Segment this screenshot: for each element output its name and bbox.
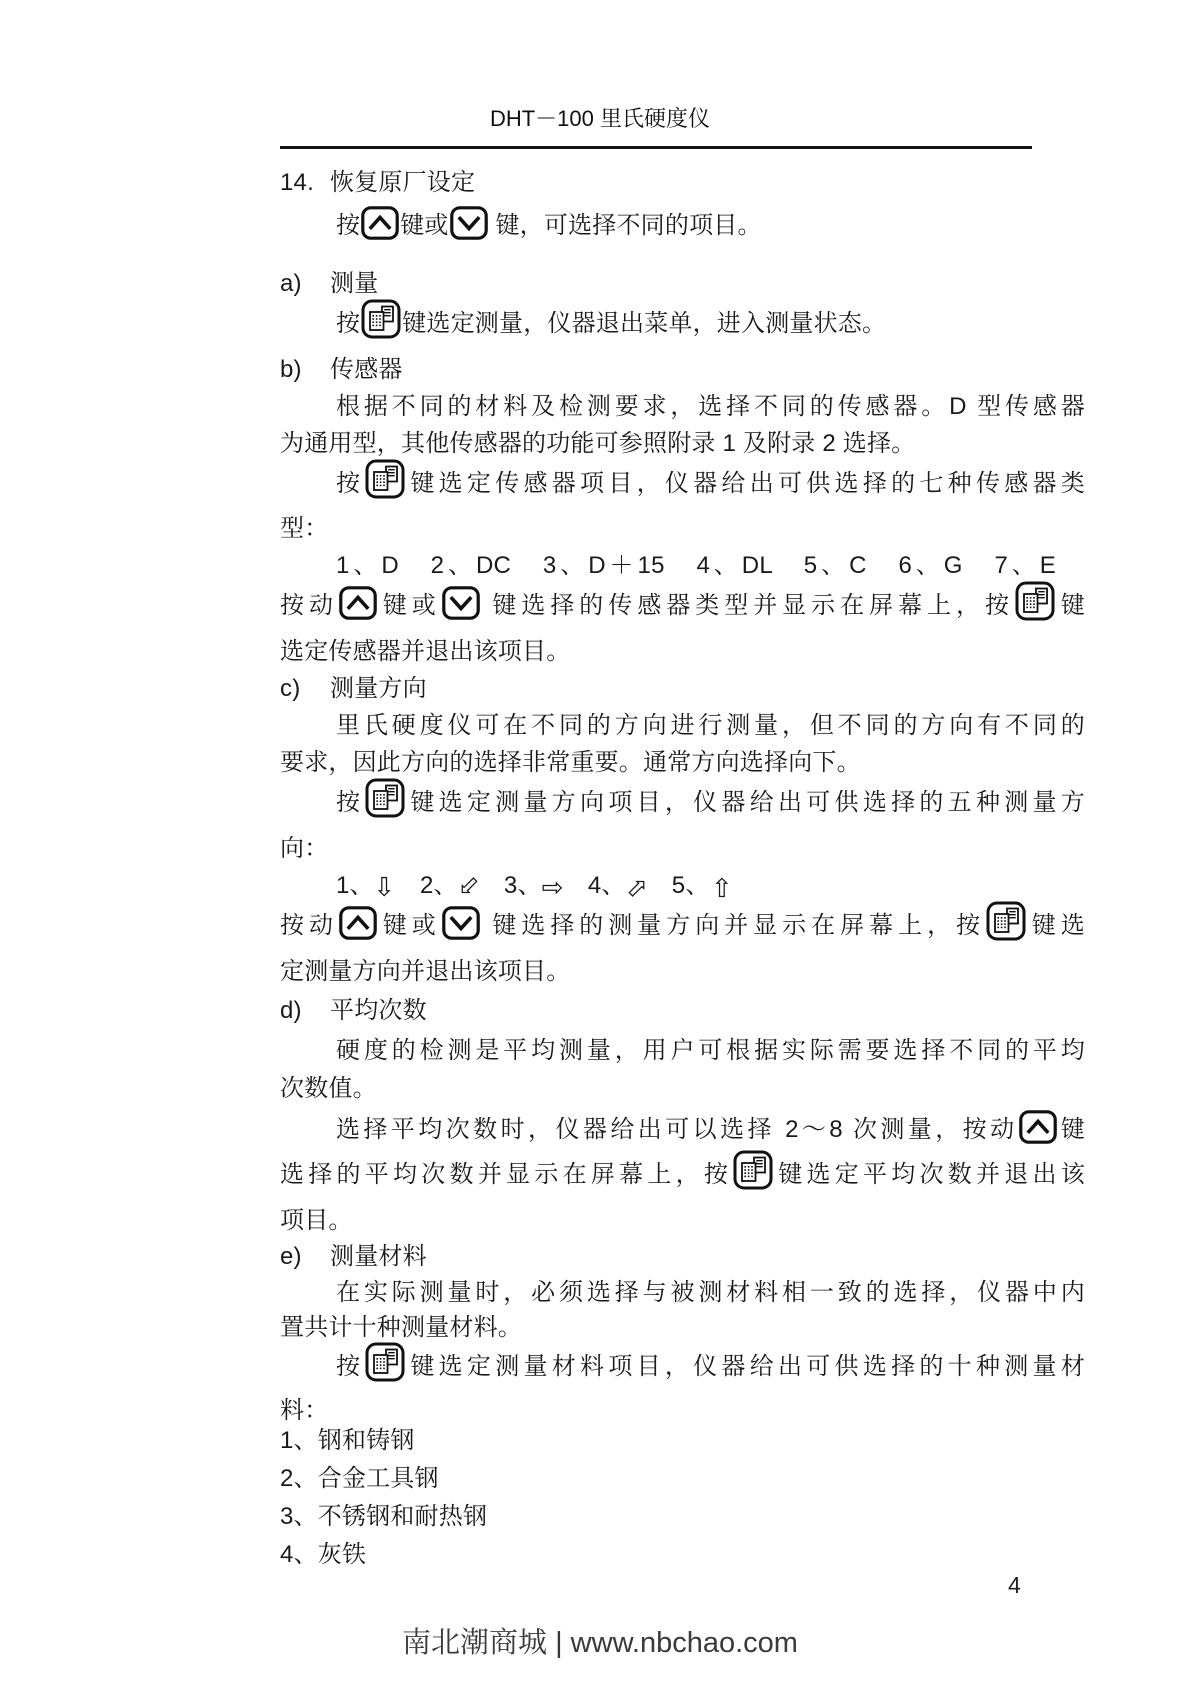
menu-key-icon — [365, 1342, 405, 1382]
text-segment: 选择平均次数时，仪器给出可以选择 2～8 次测量，按动 — [336, 1116, 1018, 1143]
text-line: 按 键选定测量方向项目，仪器给出可供选择的五种测量方 — [336, 778, 1085, 820]
text-line: e)测量材料 — [280, 1240, 427, 1274]
text-segment: 恢复原厂设定 — [330, 169, 475, 196]
text-segment: 1、D 2、DC 3、D＋15 4、DL 5、C 6、G 7、E — [336, 552, 1056, 579]
manual-page: DHT－100 里氏硬度仪 14.恢复原厂设定按 键或 键，可选择不同的项目。a… — [0, 0, 1200, 1705]
direction-arrow-down-icon: ⇨ — [373, 876, 397, 898]
text-segment: 键选择的测量方向并显示在屏幕上，按 — [481, 912, 985, 939]
direction-arrow-right-icon: ⇨ — [542, 875, 564, 899]
text-line: 为通用型，其他传感器的功能可参照附录 1 及附录 2 选择。 — [280, 427, 915, 461]
text-segment: 键，可选择不同的项目。 — [489, 212, 762, 239]
text-segment: 型： — [280, 515, 328, 542]
text-segment: 选定传感器并退出该项目。 — [280, 638, 570, 665]
text-line: 选择的平均次数并显示在屏幕上，按 键选定平均次数并退出该 — [280, 1150, 1085, 1192]
list-label: 14. — [280, 166, 330, 200]
text-segment: 根据不同的材料及检测要求，选择不同的传感器。D 型传感器 — [336, 393, 1085, 420]
text-line: 选定传感器并退出该项目。 — [280, 635, 570, 669]
text-segment: 测量方向 — [330, 675, 427, 702]
text-segment: 里氏硬度仪可在不同的方向进行测量，但不同的方向有不同的 — [336, 712, 1085, 739]
menu-key-icon — [361, 299, 401, 339]
text-segment: 项目。 — [280, 1207, 353, 1234]
text-line: 定测量方向并退出该项目。 — [280, 955, 570, 989]
text-line: 按 键选定传感器项目，仪器给出可供选择的七种传感器类 — [336, 459, 1085, 501]
text-segment: 5、 — [648, 872, 710, 899]
text-segment: 选择的平均次数并显示在屏幕上，按 — [280, 1161, 732, 1188]
menu-key-icon — [365, 459, 405, 499]
text-segment: 为通用型，其他传感器的功能可参照附录 1 及附录 2 选择。 — [280, 430, 915, 457]
text-segment: 测量 — [330, 270, 378, 297]
text-line: 项目。 — [280, 1204, 353, 1238]
text-segment: 4、灰铁 — [280, 1541, 366, 1568]
text-line: c)测量方向 — [280, 672, 427, 706]
text-segment: 按 — [336, 310, 360, 337]
text-segment: 键或 — [378, 592, 441, 619]
text-line: 1、D 2、DC 3、D＋15 4、DL 5、C 6、G 7、E — [336, 549, 1056, 583]
text-segment: 键 — [1058, 1116, 1085, 1143]
text-segment: 2、 — [396, 872, 458, 899]
text-segment: 测量材料 — [330, 1243, 427, 1270]
text-segment: 按 — [336, 789, 364, 816]
text-segment: 按动 — [280, 912, 338, 939]
text-line: 14.恢复原厂设定 — [280, 166, 475, 200]
text-line: 按 键选定测量材料项目，仪器给出可供选择的十种测量材 — [336, 1342, 1085, 1384]
text-line: d)平均次数 — [280, 994, 427, 1028]
text-line: 1、钢和铸钢 — [280, 1424, 415, 1458]
text-segment: 键选定传感器项目，仪器给出可供选择的七种传感器类 — [406, 470, 1085, 497]
up-key-icon — [1019, 1110, 1057, 1144]
document-body: 14.恢复原厂设定按 键或 键，可选择不同的项目。a)测量按 键选定测量，仪器退… — [0, 0, 1200, 1705]
list-label: b) — [280, 353, 330, 387]
text-line: 向： — [280, 832, 328, 866]
text-line: 选择平均次数时，仪器给出可以选择 2～8 次测量，按动 键 — [336, 1110, 1085, 1147]
text-line: 3、不锈钢和耐热钢 — [280, 1500, 487, 1534]
text-line: 里氏硬度仪可在不同的方向进行测量，但不同的方向有不同的 — [336, 709, 1085, 743]
text-segment: 键选定测量方向项目，仪器给出可供选择的五种测量方 — [406, 789, 1085, 816]
text-line: 硬度的检测是平均测量，用户可根据实际需要选择不同的平均 — [336, 1034, 1085, 1068]
text-segment: 键选定测量，仪器退出菜单，进入测量状态。 — [402, 310, 886, 337]
list-label: e) — [280, 1240, 330, 1274]
text-segment: 1、 — [336, 872, 374, 899]
text-segment: 定测量方向并退出该项目。 — [280, 958, 570, 985]
text-segment: 向： — [280, 835, 328, 862]
text-segment: 要求，因此方向的选择非常重要。通常方向选择向下。 — [280, 749, 861, 776]
text-line: 置共计十种测量材料。 — [280, 1311, 522, 1345]
text-segment: 按动 — [280, 592, 338, 619]
text-line: a)测量 — [280, 267, 378, 301]
text-line: 1、⇨ 2、⇨ 3、⇨ 4、⇨ 5、⇨ — [336, 869, 732, 903]
text-segment: 4、 — [564, 872, 626, 899]
text-segment: 按 — [336, 1353, 364, 1380]
text-line: 2、合金工具钢 — [280, 1462, 439, 1496]
menu-key-icon — [1015, 581, 1055, 621]
up-key-icon — [361, 206, 399, 240]
down-key-icon — [450, 206, 488, 240]
text-segment: 硬度的检测是平均测量，用户可根据实际需要选择不同的平均 — [336, 1037, 1085, 1064]
menu-key-icon — [986, 901, 1026, 941]
text-segment: 传感器 — [330, 356, 403, 383]
text-segment: 料： — [280, 1397, 328, 1424]
list-label: a) — [280, 267, 330, 301]
text-segment: 3、 — [480, 872, 542, 899]
text-line: 按 键或 键，可选择不同的项目。 — [336, 206, 762, 243]
text-line: 根据不同的材料及检测要求，选择不同的传感器。D 型传感器 — [336, 390, 1085, 424]
text-line: 型： — [280, 512, 328, 546]
text-line: 按动 键或 键选择的测量方向并显示在屏幕上，按 键选 — [280, 901, 1085, 943]
text-segment: 在实际测量时，必须选择与被测材料相一致的选择，仪器中内 — [336, 1279, 1085, 1306]
text-segment: 键选择的传感器类型并显示在屏幕上，按 — [481, 592, 1014, 619]
text-segment: 键 — [1056, 592, 1085, 619]
text-segment: 次数值。 — [280, 1075, 377, 1102]
list-label: c) — [280, 672, 330, 706]
text-segment: 按 — [336, 212, 360, 239]
page-number: 4 — [1008, 1572, 1021, 1599]
text-line: b)传感器 — [280, 353, 403, 387]
text-line: 料： — [280, 1394, 328, 1428]
text-segment: 平均次数 — [330, 997, 427, 1024]
direction-arrow-up-icon: ⇨ — [709, 876, 733, 898]
list-label: d) — [280, 994, 330, 1028]
text-line: 按动 键或 键选择的传感器类型并显示在屏幕上，按 键 — [280, 581, 1085, 623]
text-line: 按 键选定测量，仪器退出菜单，进入测量状态。 — [336, 299, 886, 341]
text-segment: 2、合金工具钢 — [280, 1465, 439, 1492]
text-segment: 1、钢和铸钢 — [280, 1427, 415, 1454]
down-key-icon — [442, 906, 480, 940]
menu-key-icon — [733, 1150, 773, 1190]
text-segment: 3、不锈钢和耐热钢 — [280, 1503, 487, 1530]
text-segment: 按 — [336, 470, 364, 497]
text-segment: 键或 — [378, 912, 441, 939]
menu-key-icon — [365, 778, 405, 818]
text-segment: 键选 — [1027, 912, 1085, 939]
text-line: 次数值。 — [280, 1072, 377, 1106]
text-line: 要求，因此方向的选择非常重要。通常方向选择向下。 — [280, 746, 861, 780]
up-key-icon — [339, 906, 377, 940]
text-segment: 键选定测量材料项目，仪器给出可供选择的十种测量材 — [406, 1353, 1085, 1380]
down-key-icon — [442, 586, 480, 620]
text-segment: 键或 — [400, 212, 448, 239]
text-segment: 置共计十种测量材料。 — [280, 1314, 522, 1341]
up-key-icon — [339, 586, 377, 620]
text-segment: 键选定平均次数并退出该 — [774, 1161, 1085, 1188]
text-line: 在实际测量时，必须选择与被测材料相一致的选择，仪器中内 — [336, 1276, 1085, 1310]
site-footer: 南北潮商城 | www.nbchao.com — [0, 1624, 1200, 1662]
text-line: 4、灰铁 — [280, 1538, 366, 1572]
